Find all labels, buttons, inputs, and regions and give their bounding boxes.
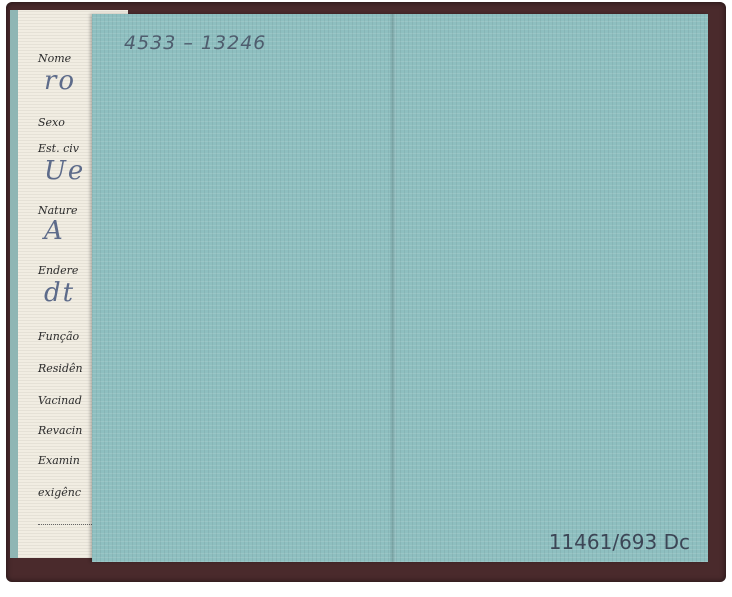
label-text: Nome <box>38 52 71 65</box>
label-text: Examin <box>38 454 80 467</box>
handwritten-address: dt <box>44 278 75 308</box>
label-text: Est. civ <box>38 142 79 155</box>
handwritten-number-note: 4533 – 13246 <box>124 32 266 54</box>
handwritten-civil-status: Ue <box>44 156 85 186</box>
field-label-examined: Examin <box>38 454 80 467</box>
label-text: Residên <box>38 362 83 375</box>
field-label-revaccinated: Revacin <box>38 424 82 437</box>
field-label-sex: Sexo <box>38 116 65 129</box>
blue-cover-panel: 4533 – 13246 11461/693 Dc <box>92 14 708 562</box>
handwritten-nationality: A <box>44 216 65 246</box>
label-text: Endere <box>38 264 78 277</box>
label-text: Revacin <box>38 424 82 437</box>
label-text: Vacinad <box>38 394 82 407</box>
label-text: Sexo <box>38 116 65 129</box>
label-text: Função <box>38 330 79 343</box>
label-text: exigênc <box>38 486 81 499</box>
field-label-civil-status: Est. civ <box>38 142 79 155</box>
blank-rule <box>38 524 98 525</box>
handwritten-name: ro <box>44 66 76 96</box>
field-label-address: Endere <box>38 264 78 277</box>
field-label-function: Função <box>38 330 79 343</box>
field-label-name: Nome <box>38 52 71 65</box>
field-label-requirements: exigênc <box>38 486 81 499</box>
fold-line <box>390 14 396 562</box>
archive-code: 11461/693 Dc <box>549 530 690 554</box>
field-label-vaccinated: Vacinad <box>38 394 82 407</box>
field-label-residence: Residên <box>38 362 83 375</box>
